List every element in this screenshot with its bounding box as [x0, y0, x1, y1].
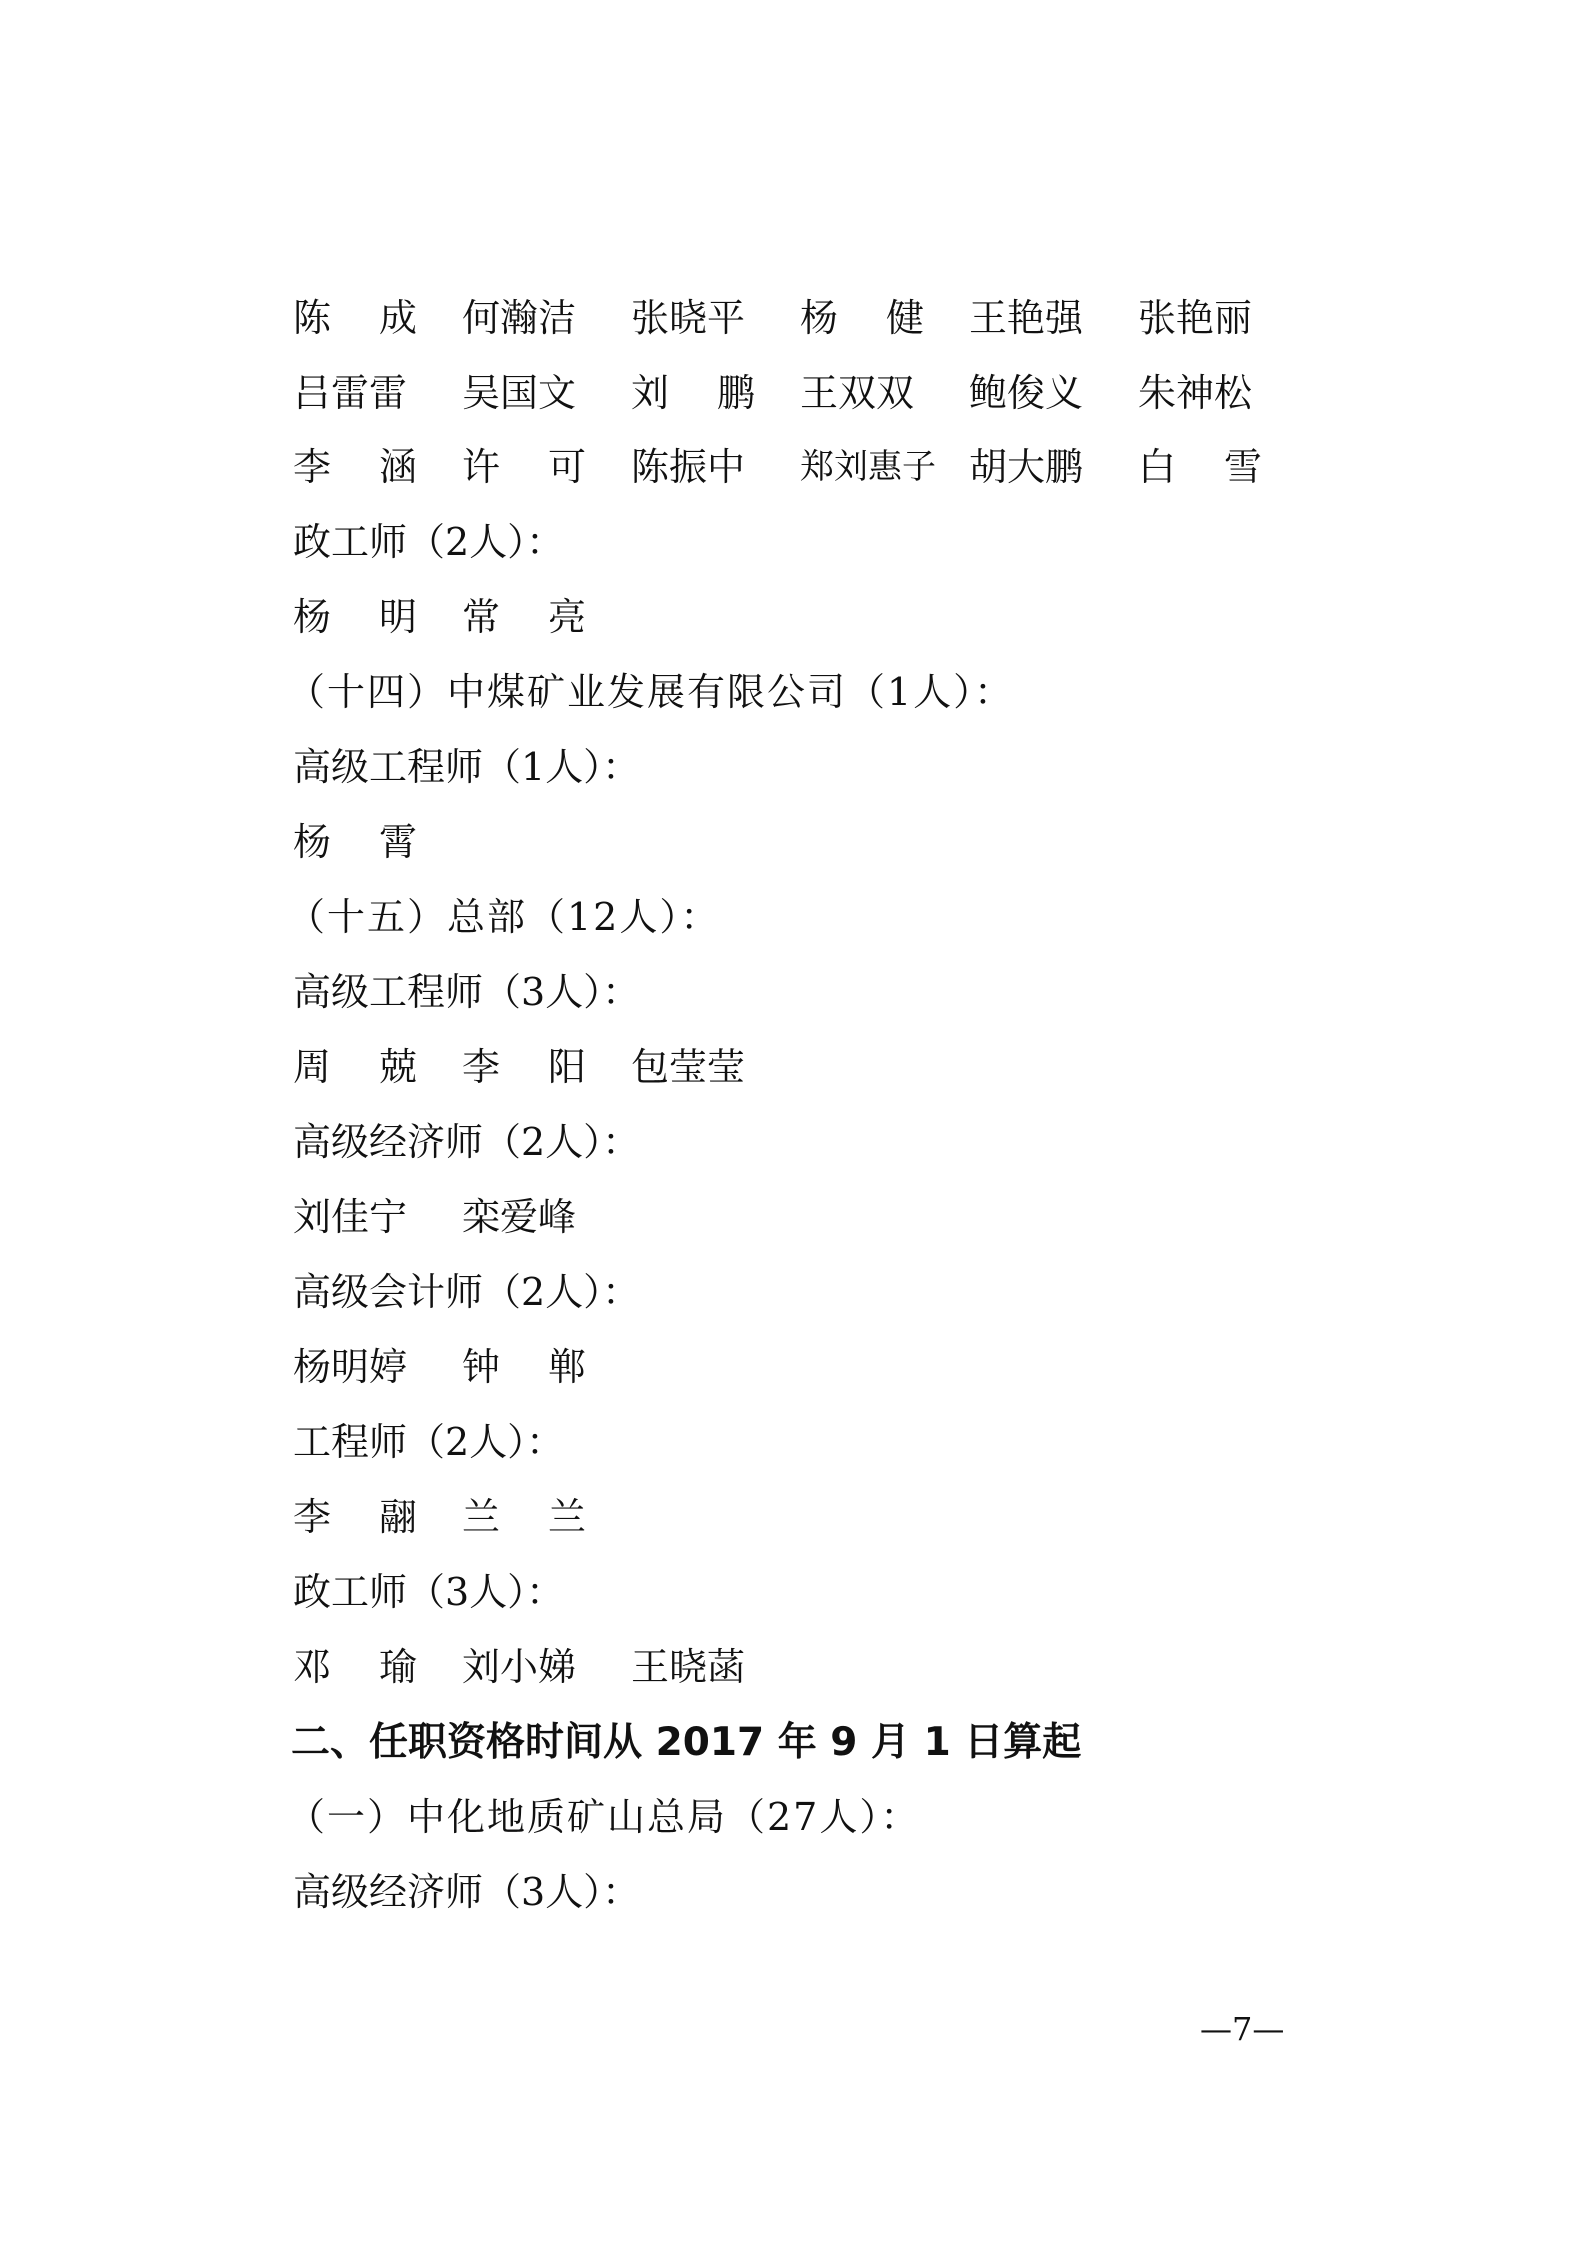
person-name: 许可: [462, 430, 586, 505]
person-name: 胡大鹏: [969, 430, 1099, 505]
category-heading: 政工师（3人）：: [293, 1555, 564, 1630]
person-name: 刘鹏: [631, 356, 755, 431]
names-row: 李翮 兰兰: [293, 1480, 1313, 1555]
names-row: 李涵 许可 陈振中 郑刘惠子 胡大鹏 白雪: [293, 430, 1313, 505]
category-heading: 政工师（2人）：: [293, 505, 564, 580]
page-number: —7—: [1200, 2010, 1284, 2048]
unit-heading: （十四）中煤矿业发展有限公司（1人）：: [287, 655, 1014, 730]
names-row: 杨霄: [293, 805, 1313, 880]
person-name: 杨明婷: [293, 1330, 423, 1405]
names-row: 吕雷雷 吴国文 刘鹏 王双双 鲍俊义 朱神松: [293, 356, 1313, 431]
category-heading: 高级工程师（3人）：: [293, 955, 640, 1030]
person-name: 钟郸: [462, 1330, 586, 1405]
person-name: 杨健: [800, 281, 924, 356]
names-row: 周兢 李阳 包莹莹: [293, 1030, 1313, 1105]
person-name: 包莹莹: [631, 1030, 761, 1105]
unit-heading: （一）中化地质矿山总局（27人）：: [287, 1780, 920, 1855]
person-name: 鲍俊义: [969, 356, 1099, 431]
person-name: 吴国文: [462, 356, 592, 431]
section-heading: 二、任职资格时间从 2017 年 9 月 1 日算起: [291, 1705, 1081, 1780]
names-row: 杨明婷 钟郸: [293, 1330, 1313, 1405]
person-name: 李翮: [293, 1480, 417, 1555]
person-name: 邓瑜: [293, 1630, 417, 1705]
person-name: 白雪: [1138, 430, 1262, 505]
unit-heading: （十五）总部（12人）：: [287, 880, 720, 955]
person-name: 陈振中: [631, 430, 761, 505]
person-name: 王艳强: [969, 281, 1099, 356]
person-name: 王双双: [800, 356, 930, 431]
category-heading: 高级会计师（2人）：: [293, 1255, 640, 1330]
document-page: 陈成 何瀚洁 张晓平 杨健 王艳强 张艳丽 吕雷雷 吴国文 刘鹏 王双双 鲍俊义…: [0, 0, 1587, 2245]
category-heading: 高级经济师（3人）：: [293, 1855, 640, 1930]
person-name: 郑刘惠子: [800, 430, 960, 505]
person-name: 李阳: [462, 1030, 586, 1105]
person-name: 张艳丽: [1138, 281, 1268, 356]
person-name: 兰兰: [462, 1480, 586, 1555]
person-name: 刘小娣: [462, 1630, 592, 1705]
person-name: 朱神松: [1138, 356, 1268, 431]
category-heading: 高级工程师（1人）：: [293, 730, 640, 805]
person-name: 吕雷雷: [293, 356, 423, 431]
person-name: 杨明: [293, 580, 417, 655]
person-name: 杨霄: [293, 805, 417, 880]
person-name: 何瀚洁: [462, 281, 592, 356]
person-name: 常亮: [462, 580, 586, 655]
person-name: 王晓菡: [631, 1630, 761, 1705]
names-row: 杨明 常亮: [293, 580, 1313, 655]
person-name: 张晓平: [631, 281, 761, 356]
names-row: 刘佳宁 栾爱峰: [293, 1180, 1313, 1255]
person-name: 刘佳宁: [293, 1180, 423, 1255]
category-heading: 高级经济师（2人）：: [293, 1105, 640, 1180]
category-heading: 工程师（2人）：: [293, 1405, 564, 1480]
person-name: 李涵: [293, 430, 417, 505]
person-name: 栾爱峰: [462, 1180, 592, 1255]
names-row: 邓瑜 刘小娣 王晓菡: [293, 1630, 1313, 1705]
person-name: 陈成: [293, 281, 417, 356]
person-name: 周兢: [293, 1030, 417, 1105]
names-row: 陈成 何瀚洁 张晓平 杨健 王艳强 张艳丽: [293, 281, 1313, 356]
